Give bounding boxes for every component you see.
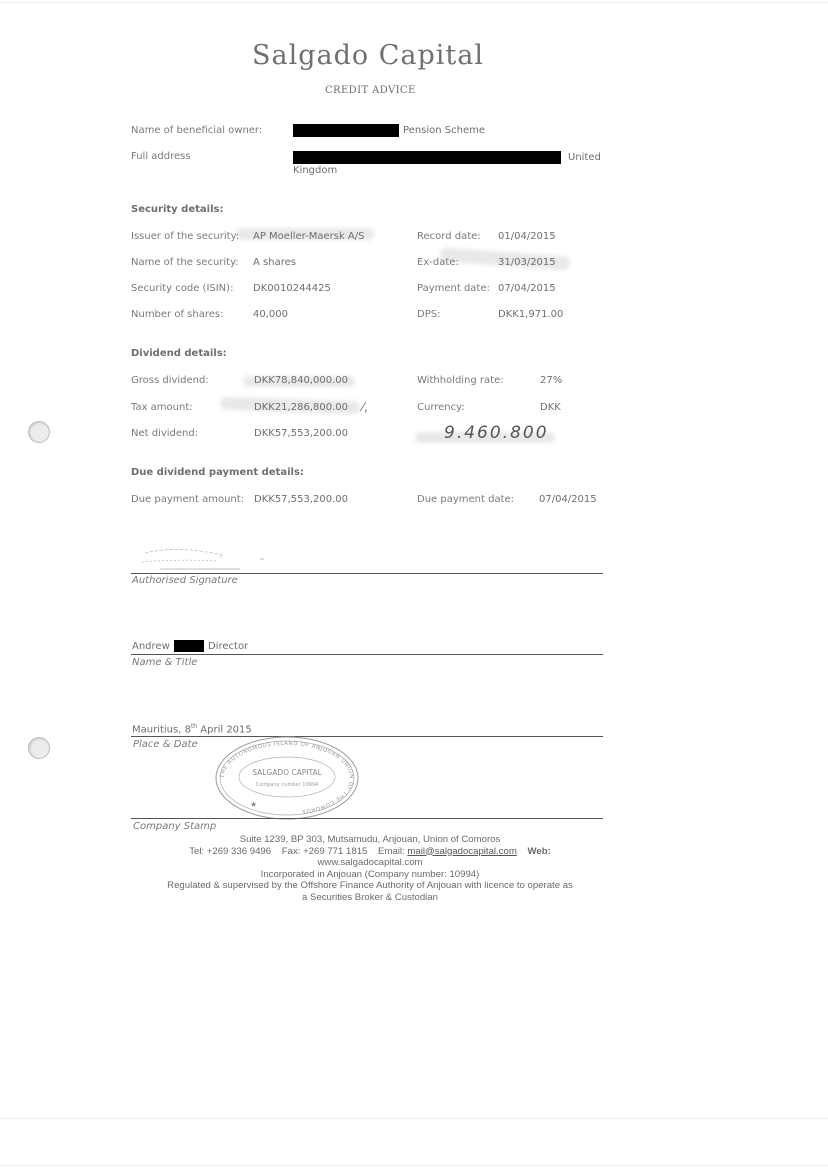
- ex-date-value: 31/03/2015: [498, 257, 556, 268]
- footer-fax: Fax: +269 771 1815: [282, 846, 368, 857]
- dps-value: DKK1,971.00: [498, 309, 563, 320]
- company-stamp-label: Company Stamp: [133, 821, 216, 832]
- tax-amount-label: Tax amount:: [131, 402, 193, 413]
- isin-value: DK0010244425: [253, 283, 331, 294]
- issuer-label: Issuer of the security:: [131, 231, 239, 242]
- gross-dividend-label: Gross dividend:: [131, 375, 209, 386]
- due-payment-heading: Due dividend payment details:: [131, 467, 304, 478]
- full-address-value: United: [568, 152, 601, 163]
- signature-line: [131, 573, 603, 574]
- footer-web-label: Web:: [528, 846, 551, 857]
- footer-email-label: Email:: [378, 846, 405, 857]
- dps-label: DPS:: [417, 309, 440, 320]
- net-dividend-label: Net dividend:: [131, 428, 198, 439]
- security-name-label: Name of the security:: [131, 257, 239, 268]
- footer-web-value[interactable]: www.salgadocapital.com: [110, 857, 630, 869]
- place-date-line: [131, 736, 603, 737]
- place-date-label: Place & Date: [133, 739, 198, 750]
- svg-text:THE AUTONOMOUS ISLAND OF ANJOU: THE AUTONOMOUS ISLAND OF ANJOUAN UNION O…: [220, 741, 354, 814]
- signatory-title: Director: [208, 641, 248, 652]
- beneficial-owner-value: Pension Scheme: [403, 125, 485, 136]
- due-date-value: 07/04/2015: [539, 494, 597, 505]
- isin-label: Security code (ISIN):: [131, 283, 233, 294]
- payment-date-value: 07/04/2015: [498, 283, 556, 294]
- scan-edge-top: [0, 2, 828, 3]
- redaction-box: [293, 151, 561, 164]
- place-date-text: Mauritius, 8: [132, 724, 191, 735]
- due-date-label: Due payment date:: [417, 494, 514, 505]
- ex-date-label: Ex-date:: [417, 257, 459, 268]
- due-amount-label: Due payment amount:: [131, 494, 244, 505]
- punch-hole-icon: [28, 737, 50, 759]
- net-dividend-value: DKK57,553,200.00: [254, 428, 348, 439]
- tax-amount-value: DKK21,286,800.00: [254, 402, 348, 413]
- withholding-rate-value: 27%: [540, 375, 562, 386]
- footer-regulation-2: a Securities Broker & Custodian: [110, 892, 630, 904]
- issuer-value: AP Moeller-Maersk A/S: [253, 231, 365, 242]
- shares-value: 40,000: [253, 309, 288, 320]
- redaction-box: [174, 640, 204, 652]
- withholding-rate-label: Withholding rate:: [417, 375, 504, 386]
- handwritten-mark: ⁄,: [362, 400, 368, 414]
- footer-tel: Tel: +269 336 9496: [189, 846, 271, 857]
- punch-hole-icon: [28, 421, 50, 443]
- dividend-details-heading: Dividend details:: [131, 348, 227, 359]
- stamp-line: [131, 818, 603, 819]
- payment-date-label: Payment date:: [417, 283, 490, 294]
- signatory-first-name: Andrew: [132, 641, 170, 652]
- footer-address: Suite 1239, BP 303, Mutsamudu, Anjouan, …: [110, 834, 630, 846]
- footer-regulation-1: Regulated & supervised by the Offshore F…: [110, 880, 630, 892]
- full-address-label: Full address: [131, 151, 191, 162]
- gross-dividend-value: DKK78,840,000.00: [254, 375, 348, 386]
- footer-email-link[interactable]: mail@salgadocapital.com: [407, 846, 516, 857]
- due-amount-value: DKK57,553,200.00: [254, 494, 348, 505]
- authorised-signature-label: Authorised Signature: [132, 575, 238, 586]
- security-details-heading: Security details:: [131, 204, 223, 215]
- currency-value: DKK: [540, 402, 561, 413]
- currency-label: Currency:: [417, 402, 465, 413]
- stamp-ring-text: THE AUTONOMOUS ISLAND OF ANJOUAN UNION O…: [220, 741, 354, 814]
- redaction-box: [293, 124, 399, 137]
- star-icon: ★: [250, 800, 257, 809]
- signature-scribble: [140, 545, 270, 575]
- document-title: CREDIT ADVICE: [325, 85, 416, 96]
- beneficial-owner-label: Name of beneficial owner:: [131, 125, 262, 136]
- stamp-company-number: Company number 10994: [256, 782, 318, 788]
- record-date-value: 01/04/2015: [498, 231, 556, 242]
- footer-incorporation: Incorporated in Anjouan (Company number:…: [110, 869, 630, 881]
- handwritten-note: 9.460.800: [444, 423, 549, 443]
- company-name: Salgado Capital: [252, 40, 484, 71]
- name-title-label: Name & Title: [132, 657, 197, 668]
- shares-label: Number of shares:: [131, 309, 223, 320]
- name-title-line: [131, 654, 603, 655]
- scan-edge-bottom: [0, 1118, 828, 1119]
- full-address-line2: Kingdom: [293, 165, 337, 176]
- record-date-label: Record date:: [417, 231, 481, 242]
- security-name-value: A shares: [253, 257, 296, 268]
- company-stamp: THE AUTONOMOUS ISLAND OF ANJOUAN UNION O…: [212, 733, 362, 823]
- footer-contacts: Tel: +269 336 9496 Fax: +269 771 1815 Em…: [110, 846, 630, 858]
- footer: Suite 1239, BP 303, Mutsamudu, Anjouan, …: [110, 834, 630, 903]
- stamp-company-name: SALGADO CAPITAL: [252, 768, 322, 777]
- scan-edge-bottom-2: [0, 1165, 828, 1166]
